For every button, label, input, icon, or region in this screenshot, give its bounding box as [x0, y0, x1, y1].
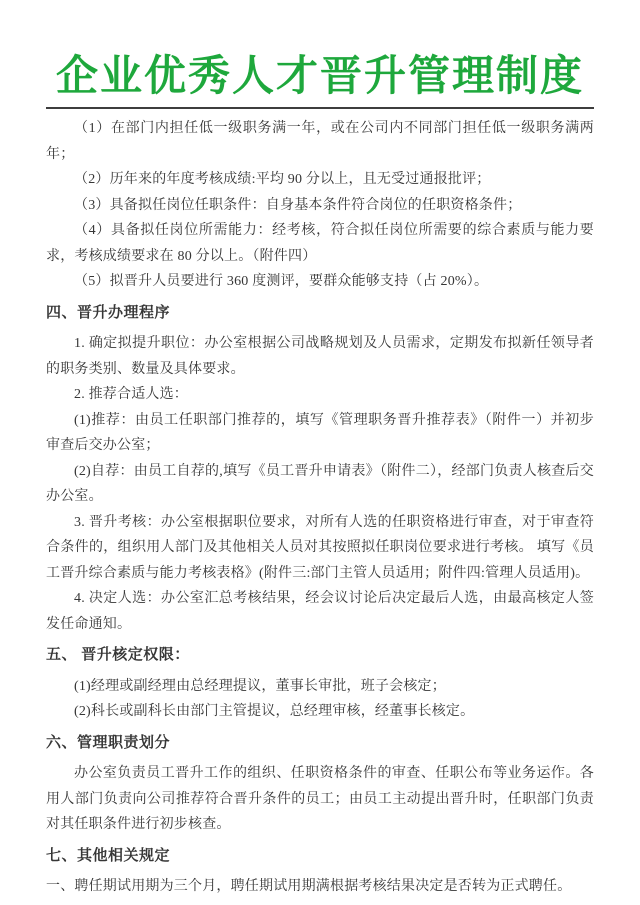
paragraph-self-nomination: (2)自荐：由员工自荐的,填写《员工晋升申请表》（附件二），经部门负责人核查后交… — [46, 459, 594, 510]
page-title: 企业优秀人才晋升管理制度 — [46, 54, 594, 98]
paragraph-authority-1: (1)经理或副经理由总经理提议，董事长审批，班子会核定； — [46, 674, 594, 700]
paragraph-other-rules: 一、聘任期试用期为三个月，聘任期试用期满根据考核结果决定是否转为正式聘任。 — [46, 874, 594, 900]
paragraph-condition-4: （4）具备拟任岗位所需能力：经考核，符合拟任岗位所需要的综合素质与能力要求，考核… — [46, 218, 594, 269]
paragraph-condition-1: （1）在部门内担任低一级职务满一年，或在公司内不同部门担任低一级职务满两年； — [46, 116, 594, 167]
section-heading-5: 五、 晋升核定权限： — [46, 643, 594, 669]
paragraph-procedure-4: 4. 决定人选：办公室汇总考核结果，经会议讨论后决定最后人选，由最高核定人签发任… — [46, 586, 594, 637]
paragraph-condition-3: （3）具备拟任岗位任职条件：自身基本条件符合岗位的任职资格条件； — [46, 193, 594, 219]
paragraph-recommendation: (1)推荐：由员工任职部门推荐的，填写《管理职务晋升推荐表》（附件一）并初步审查… — [46, 408, 594, 459]
paragraph-procedure-3: 3. 晋升考核：办公室根据职位要求，对所有人选的任职资格进行审查，对于审查符合条… — [46, 510, 594, 587]
document-page: { "colors": { "title_green": "#1ea83c", … — [0, 0, 640, 905]
paragraph-procedure-2: 2. 推荐合适人选： — [46, 382, 594, 408]
document-body: 企业优秀人才晋升管理制度 （1）在部门内担任低一级职务满一年，或在公司内不同部门… — [46, 54, 594, 900]
paragraph-procedure-1: 1. 确定拟提升职位：办公室根据公司战略规划及人员需求，定期发布拟新任领导者的职… — [46, 331, 594, 382]
title-divider — [46, 107, 594, 109]
paragraph-condition-2: （2）历年来的年度考核成绩:平均 90 分以上，且无受过通报批评； — [46, 167, 594, 193]
paragraph-responsibility: 办公室负责员工晋升工作的组织、任职资格条件的审查、任职公布等业务运作。各用人部门… — [46, 761, 594, 838]
paragraph-condition-5: （5）拟晋升人员要进行 360 度测评，要群众能够支持（占 20%）。 — [46, 269, 594, 295]
paragraph-authority-2: (2)科长或副科长由部门主管提议，总经理审核，经董事长核定。 — [46, 699, 594, 725]
section-heading-6: 六、管理职责划分 — [46, 731, 594, 757]
section-heading-4: 四、晋升办理程序 — [46, 301, 594, 327]
section-heading-7: 七、其他相关规定 — [46, 844, 594, 870]
